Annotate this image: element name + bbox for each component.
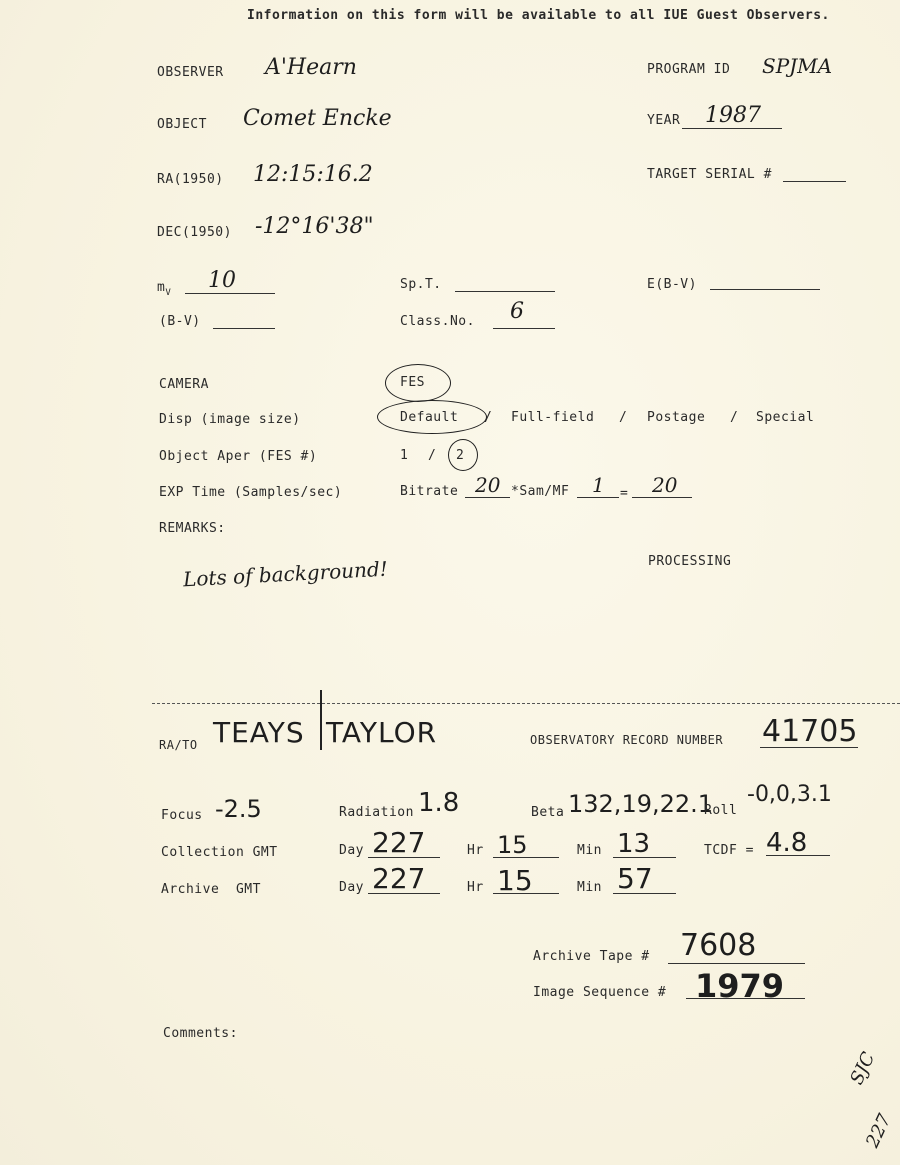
disp-option-full-field[interactable]: Full-field [511,410,594,425]
spt-field[interactable] [455,291,555,292]
mv-label: mV [157,280,171,298]
comments-label: Comments: [163,1026,238,1041]
dec-label: DEC(1950) [157,225,232,240]
exp-label: EXP Time (Samples/sec) [159,485,342,500]
collection-min-label: Min [577,843,602,858]
archive-gmt-label: Archive GMT [161,882,261,897]
sam-mf-underline [577,497,619,498]
image-sequence-value[interactable]: 1979 [695,967,784,1005]
archive-tape-label: Archive Tape # [533,949,650,964]
ebv-label: E(B-V) [647,277,697,292]
disp-separator: / [484,410,492,425]
program-id-label: PROGRAM ID [647,62,730,77]
target-serial-label: TARGET SERIAL # [647,167,772,182]
record-number-value[interactable]: 41705 [762,714,857,749]
ra-to-value-1[interactable]: TEAYS [213,716,305,749]
object-value[interactable]: Comet Encke [243,106,392,131]
mv-value[interactable]: 10 [208,268,236,293]
disp-separator: / [730,410,738,425]
disp-option-postage[interactable]: Postage [647,410,705,425]
year-label: YEAR [647,113,680,128]
collection-day-label: Day [339,843,364,858]
image-sequence-label: Image Sequence # [533,985,666,1000]
exp-result-value[interactable]: 20 [652,473,677,497]
bitrate-label: Bitrate [400,484,458,499]
archive-day-label: Day [339,880,364,895]
focus-value[interactable]: -2.5 [215,795,262,823]
bv-field[interactable] [213,328,275,329]
remarks-label: REMARKS: [159,521,226,536]
target-serial-field[interactable] [783,181,846,182]
camera-option-fes[interactable]: FES [400,375,425,390]
archive-day-value[interactable]: 227 [372,862,425,895]
record-number-label: OBSERVATORY RECORD NUMBER [530,733,723,747]
observer-value[interactable]: A'Hearn [265,55,357,80]
archive-hr-label: Hr [467,880,484,895]
tcdf-value[interactable]: 4.8 [766,828,807,858]
ra-to-label: RA/TO [159,738,198,752]
class-no-label: Class.No. [400,314,475,329]
ra-to-separator [320,690,322,750]
object-label: OBJECT [157,117,207,132]
observer-label: OBSERVER [157,65,224,80]
processing-label: PROCESSING [648,554,731,569]
collection-min-value[interactable]: 13 [617,829,650,859]
beta-label: Beta [531,805,564,820]
archive-tape-value[interactable]: 7608 [680,928,756,963]
class-no-value[interactable]: 6 [510,299,524,324]
header-notice: Information on this form will be availab… [247,8,830,23]
sam-mf-label: *Sam/MF [511,484,569,499]
margin-note: SJC [848,1050,878,1088]
form-page: Information on this form will be availab… [0,0,900,1165]
aper-option-1[interactable]: 1 [400,448,408,463]
disp-option-special[interactable]: Special [756,410,814,425]
exp-result-underline [632,497,692,498]
radiation-label: Radiation [339,805,414,820]
dec-value[interactable]: -12°16'38" [255,214,374,239]
roll-value[interactable]: -0,0,3.1 [747,782,832,807]
collection-hr-label: Hr [467,843,484,858]
margin-note-line-1: SJC [848,1050,878,1088]
year-value[interactable]: 1987 [705,103,761,128]
disp-label: Disp (image size) [159,412,301,427]
ra-label: RA(1950) [157,172,224,187]
section-divider [152,703,900,704]
aper-label: Object Aper (FES #) [159,449,317,464]
margin-note-line-2: 227 [862,1111,896,1151]
beta-value[interactable]: 132,19,22.1 [568,790,713,818]
archive-hr-value[interactable]: 15 [497,864,533,897]
remarks-text[interactable]: Lots of background! [183,557,389,592]
aper-separator: / [428,448,436,463]
focus-label: Focus [161,808,203,823]
camera-label: CAMERA [159,377,209,392]
bitrate-value[interactable]: 20 [475,473,500,497]
year-underline [682,128,782,129]
disp-separator: / [619,410,627,425]
bitrate-underline [465,497,510,498]
radiation-value[interactable]: 1.8 [418,788,459,818]
aper-option-2[interactable]: 2 [456,448,464,463]
disp-option-default[interactable]: Default [400,410,458,425]
collection-hr-value[interactable]: 15 [497,831,528,859]
tcdf-label: TCDF = [704,843,754,858]
ebv-field[interactable] [710,289,820,290]
archive-min-label: Min [577,880,602,895]
collection-day-value[interactable]: 227 [372,826,425,859]
spt-label: Sp.T. [400,277,442,292]
ra-value[interactable]: 12:15:16.2 [253,162,373,187]
bv-label: (B-V) [159,314,201,329]
equals-label: = [620,486,628,501]
archive-min-value[interactable]: 57 [617,862,653,895]
collection-gmt-label: Collection GMT [161,845,278,860]
program-id-value[interactable]: SPJMA [762,54,832,78]
sam-mf-value[interactable]: 1 [592,473,605,497]
ra-to-value-2[interactable]: TAYLOR [326,716,437,749]
mv-underline [185,293,275,294]
roll-label: Roll [704,803,737,818]
class-no-underline [493,328,555,329]
archive-tape-underline [668,963,805,964]
